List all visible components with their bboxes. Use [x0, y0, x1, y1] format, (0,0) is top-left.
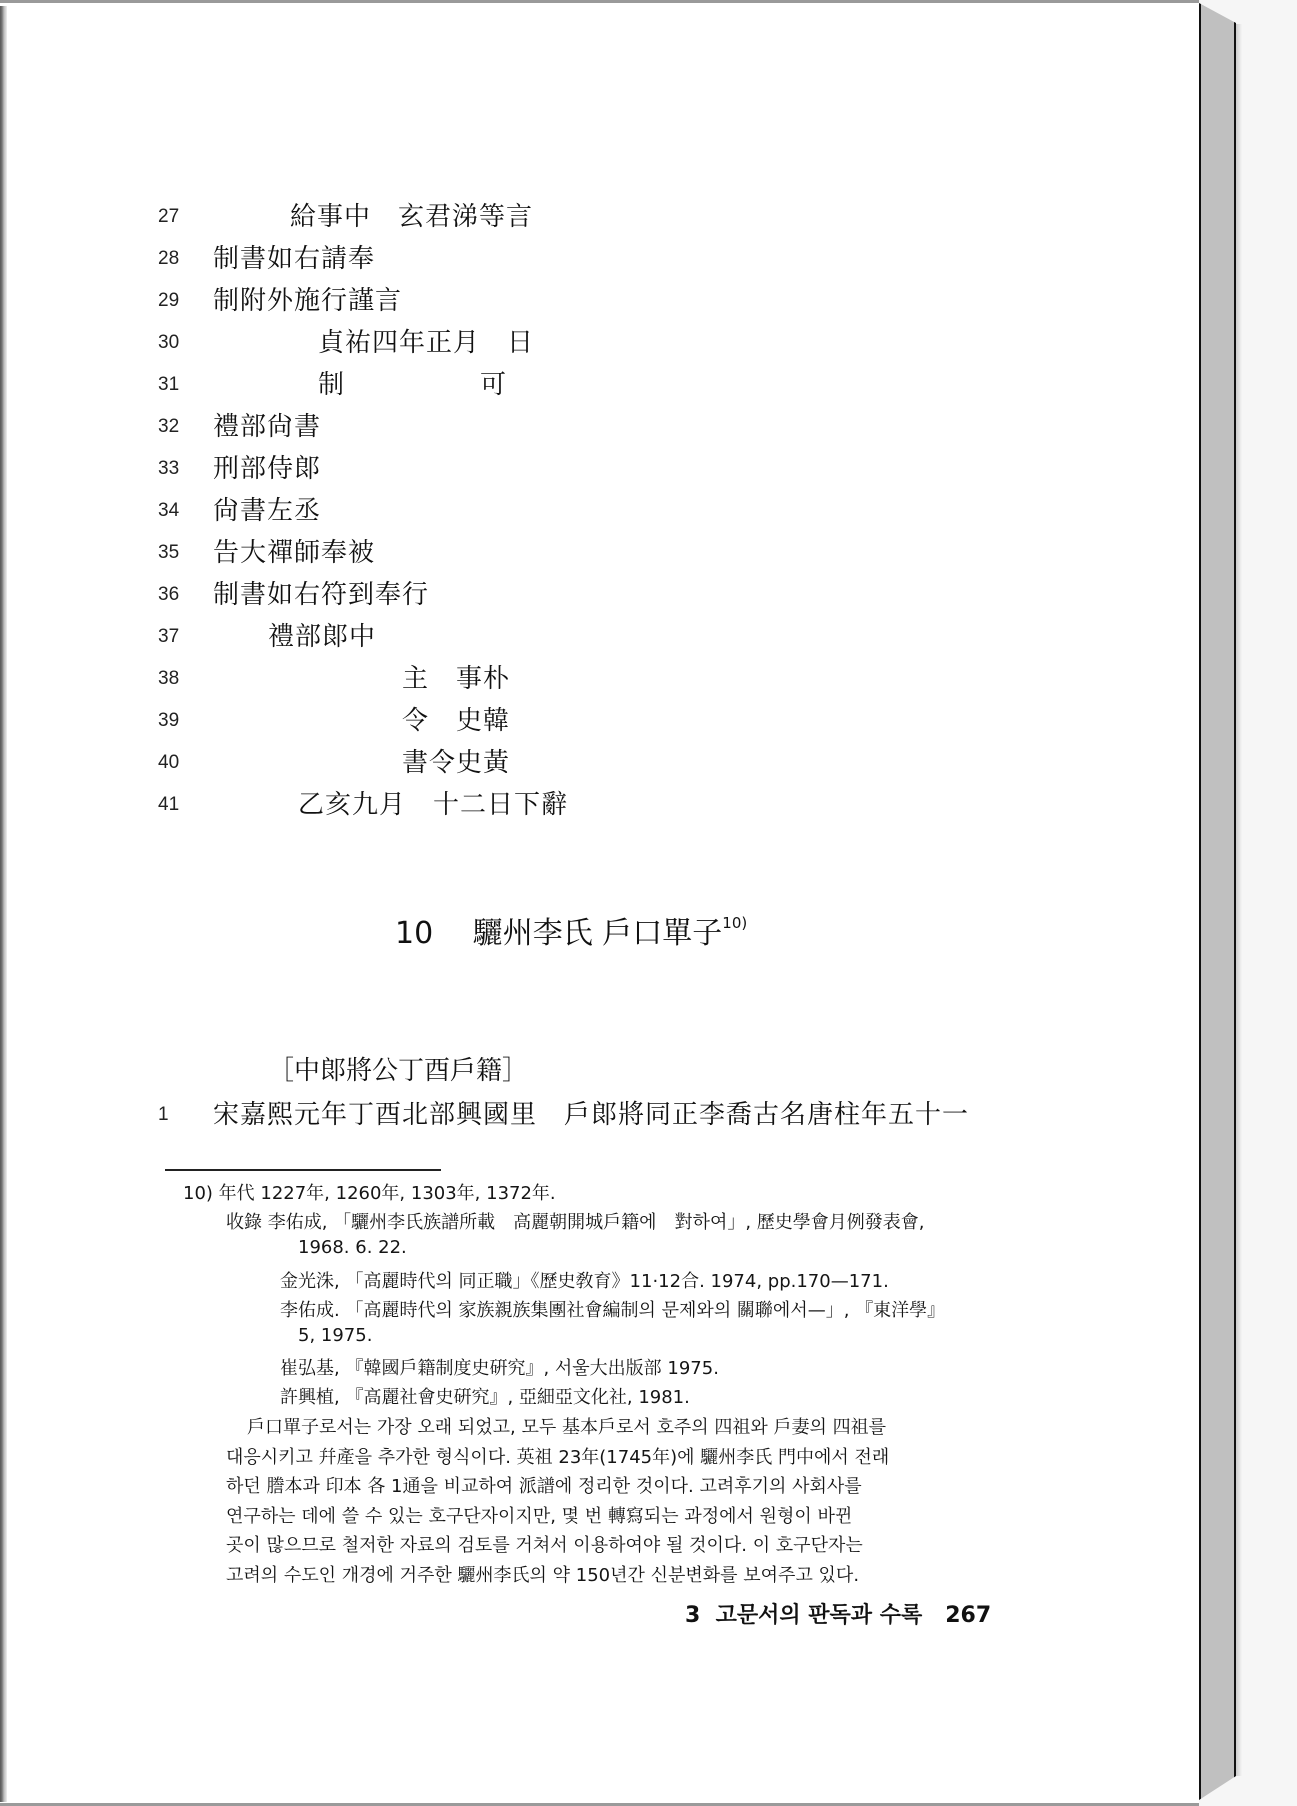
line-number: 31: [158, 374, 179, 396]
document-line: 41乙亥九月 十二日下辭: [0, 784, 1100, 824]
line-number: 41: [158, 794, 179, 816]
line-text: 書令史黃: [402, 742, 510, 779]
line-number: 38: [158, 668, 179, 690]
line-text: 乙亥九月 十二日下辭: [298, 784, 568, 821]
line-text: 制書如右符到奉行: [213, 574, 429, 611]
footnote-line: 1968. 6. 22.: [298, 1237, 407, 1258]
line-text: 刑部侍郞: [213, 448, 321, 485]
footnote-line: 收錄 李佑成, 「驪州李氏族譜所載 高麗朝開城戶籍에 對하여」, 歷史學會月例發…: [226, 1208, 925, 1234]
footnote-line: 하던 謄本과 印本 各 1通을 비교하여 派譜에 정리한 것이다. 고려후기의 …: [226, 1472, 862, 1498]
document-line: 37禮部郞中: [0, 616, 1100, 656]
document-line: 30貞祐四年正月 日: [0, 322, 1100, 362]
line-text: 禮部尙書: [213, 406, 321, 443]
section-subheading: ［中郞將公丁酉戶籍］: [268, 1050, 528, 1087]
line-number: 27: [158, 206, 179, 228]
footnote-line: 10) 年代 1227年, 1260年, 1303年, 1372年.: [183, 1179, 556, 1205]
line-text: 宋嘉熙元年丁酉北部興國里 戶郞將同正李喬古名唐柱年五十一: [213, 1094, 969, 1131]
document-line: 33刑部侍郞: [0, 448, 1100, 488]
section-number: 10: [395, 916, 433, 951]
document-line: 35告大禪師奉被: [0, 532, 1100, 572]
line-number: 32: [158, 416, 179, 438]
line-text: 給事中 玄君涕等言: [290, 196, 533, 233]
line-number: 39: [158, 710, 179, 732]
line-text: 主 事朴: [402, 658, 510, 695]
footnote-line: 곳이 많으므로 철저한 자료의 검토를 거쳐서 이용하여야 될 것이다. 이 호…: [226, 1531, 863, 1557]
line-text: 告大禪師奉被: [213, 532, 375, 569]
document-line: 31制 可: [0, 364, 1100, 404]
footnote-ref: 10): [722, 914, 747, 932]
document-line: 1宋嘉熙元年丁酉北部興國里 戶郞將同正李喬古名唐柱年五十一: [0, 1094, 1100, 1134]
page-footer: 3 고문서의 판독과 수록 267: [685, 1598, 991, 1629]
line-number: 29: [158, 290, 179, 312]
document-line: 40書令史黃: [0, 742, 1100, 782]
spine-shadow: [1236, 24, 1242, 1776]
line-number: 33: [158, 458, 179, 480]
line-number: 34: [158, 500, 179, 522]
document-line: 36制書如右符到奉行: [0, 574, 1100, 614]
line-number: 40: [158, 752, 179, 774]
book-page: 27給事中 玄君涕等言28制書如右請奉29制附外施行謹言30貞祐四年正月 日31…: [0, 0, 1199, 1806]
document-line: 39令 史韓: [0, 700, 1100, 740]
footnote-line: 연구하는 데에 쓸 수 있는 호구단자이지만, 몇 번 轉寫되는 과정에서 원형…: [226, 1502, 852, 1528]
line-number: 37: [158, 626, 179, 648]
footnote-line: 戶口單子로서는 가장 오래 되었고, 모두 基本戶로서 호주의 四祖와 戶妻의 …: [247, 1413, 886, 1439]
section-title: 驪州李氏 戶口單子: [473, 916, 723, 951]
footnote-line: 고려의 수도인 개경에 거주한 驪州李氏의 약 150년간 신분변화를 보여주고…: [226, 1561, 859, 1587]
chapter-title: 고문서의 판독과 수록: [716, 1603, 923, 1628]
section-heading: 10 驪州李氏 戶口單子10): [395, 908, 747, 952]
footnote-line: 대응시키고 幷產을 추가한 형식이다. 英祖 23年(1745年)에 驪州李氏 …: [226, 1443, 889, 1469]
document-line: 28制書如右請奉: [0, 238, 1100, 278]
line-text: 制附外施行謹言: [213, 280, 402, 317]
footnote-line: 崔弘基, 『韓國戶籍制度史硏究』, 서울大出版部 1975.: [280, 1354, 719, 1380]
line-text: 制 可: [318, 364, 507, 401]
line-text: 禮部郞中: [268, 616, 376, 653]
page-number: 267: [945, 1603, 991, 1628]
document-line: 29制附外施行謹言: [0, 280, 1100, 320]
document-line: 27給事中 玄君涕等言: [0, 196, 1100, 236]
footnote-line: 李佑成. 「高麗時代의 家族親族集團社會編制의 문제와의 關聯에서—」, 『東洋…: [280, 1296, 945, 1322]
footnote-line: 金光洙, 「高麗時代의 同正職」《歷史敎育》11·12合. 1974, pp.1…: [280, 1267, 889, 1293]
line-text: 令 史韓: [402, 700, 510, 737]
document-line: 34尙書左丞: [0, 490, 1100, 530]
line-number: 1: [158, 1104, 169, 1126]
line-text: 尙書左丞: [213, 490, 321, 527]
book-spine: [1199, 3, 1236, 1800]
line-number: 36: [158, 584, 179, 606]
line-number: 35: [158, 542, 179, 564]
footnote-line: 5, 1975.: [298, 1325, 372, 1346]
chapter-number: 3: [685, 1603, 700, 1628]
footnote-line: 許興植, 『高麗社會史硏究』, 亞細亞文化社, 1981.: [280, 1383, 690, 1409]
line-number: 30: [158, 332, 179, 354]
line-text: 貞祐四年正月 日: [318, 322, 534, 359]
line-text: 制書如右請奉: [213, 238, 375, 275]
line-number: 28: [158, 248, 179, 270]
document-line: 32禮部尙書: [0, 406, 1100, 446]
footnote-divider: [165, 1169, 441, 1171]
document-line: 38主 事朴: [0, 658, 1100, 698]
